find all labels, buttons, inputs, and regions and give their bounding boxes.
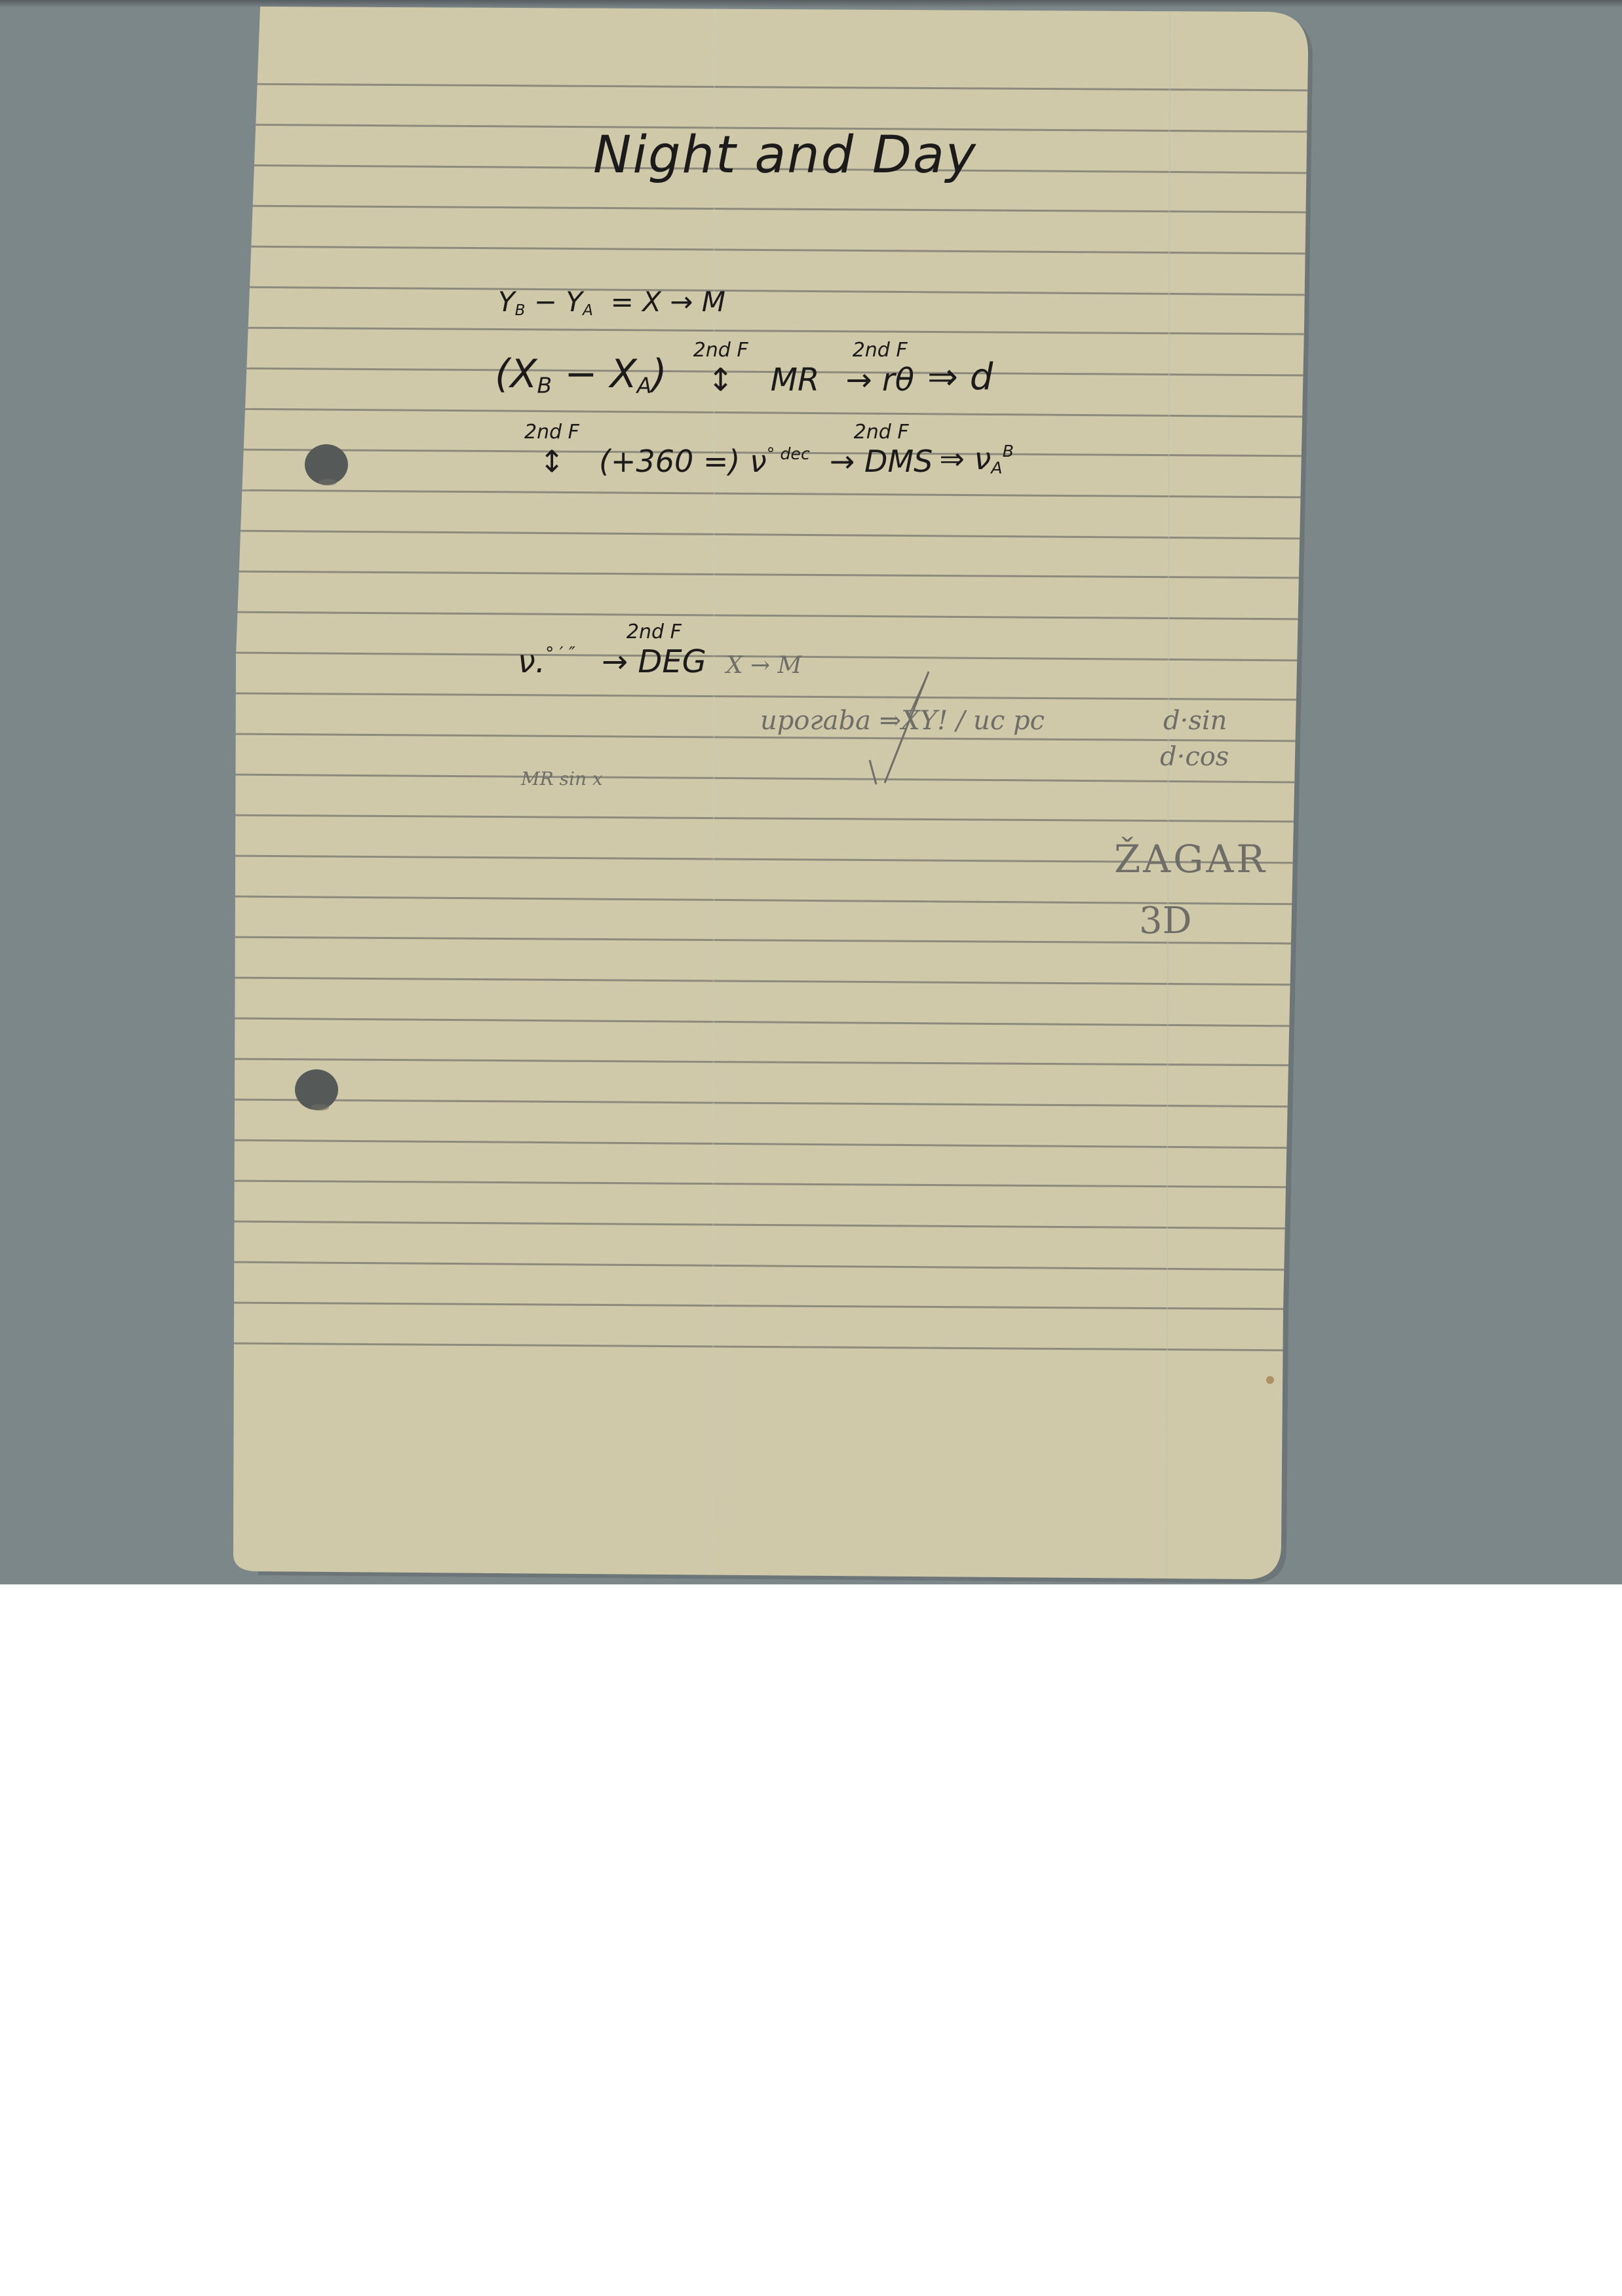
eq3-result: ⇒ νAB: [939, 443, 1014, 476]
eq1-minus: −: [534, 286, 557, 318]
pencil-note-cyrillic: upoгaba ⇒XY! ∕ uc pc: [760, 708, 1045, 734]
page-title: Night and Day: [593, 130, 977, 181]
second-function-key-5: 2nd F → DEG: [602, 622, 706, 678]
pencil-note-room: 3D: [1139, 903, 1192, 940]
second-function-key-4: 2nd F → DMS: [830, 423, 933, 476]
pencil-note-zagar: ŽAGAR: [1114, 840, 1267, 878]
eq1-sub-a: A: [583, 302, 593, 319]
equation-line-3: 2nd F ↕ (+360 =) ν° dec 2nd F → DMS ⇒ νA…: [518, 423, 1014, 476]
lined-paper-sheet: Night and Day YB − YA = X → M (XB − XA) …: [0, 0, 1622, 1584]
eq2-open: (XB − XA): [495, 354, 667, 396]
punch-hole-top: [305, 444, 348, 485]
eq4-pencil: X → M: [726, 654, 802, 678]
equation-line-1: YB − YA = X → M: [498, 288, 725, 318]
paper-graphics: [0, 0, 1622, 1584]
eq1-y2: Y: [566, 286, 583, 318]
equation-line-2: (XB − XA) 2nd F ↕ MR 2nd F → rθ ⇒ d: [495, 341, 993, 396]
second-function-key-2: 2nd F → rθ: [845, 341, 914, 396]
second-function-key-1: 2nd F ↕: [693, 341, 748, 396]
eq4-nu: ν.° ′ ″: [518, 645, 575, 678]
pencil-note-mr-sin: MR sin x: [521, 770, 603, 788]
eq1-rest: = X → M: [611, 286, 725, 318]
eq2-mr: MR: [771, 364, 820, 396]
eq1-sub-b: B: [515, 302, 526, 319]
second-function-key-3: 2nd F ↕: [524, 423, 579, 476]
equation-line-4: ν.° ′ ″ 2nd F → DEG X → M: [518, 622, 801, 678]
pencil-note-dsin: d·sin: [1163, 708, 1227, 734]
punch-hole-bottom: [295, 1069, 338, 1110]
up-down-arrow-icon: ↕: [693, 364, 748, 396]
pencil-note-dcos: d·cos: [1160, 744, 1229, 770]
eq2-result: ⇒ d: [927, 359, 993, 396]
eq3-expr: (+360 =) ν° dec: [599, 446, 810, 476]
up-down-arrow-icon: ↕: [524, 446, 579, 476]
eq1-y: Y: [498, 286, 515, 318]
